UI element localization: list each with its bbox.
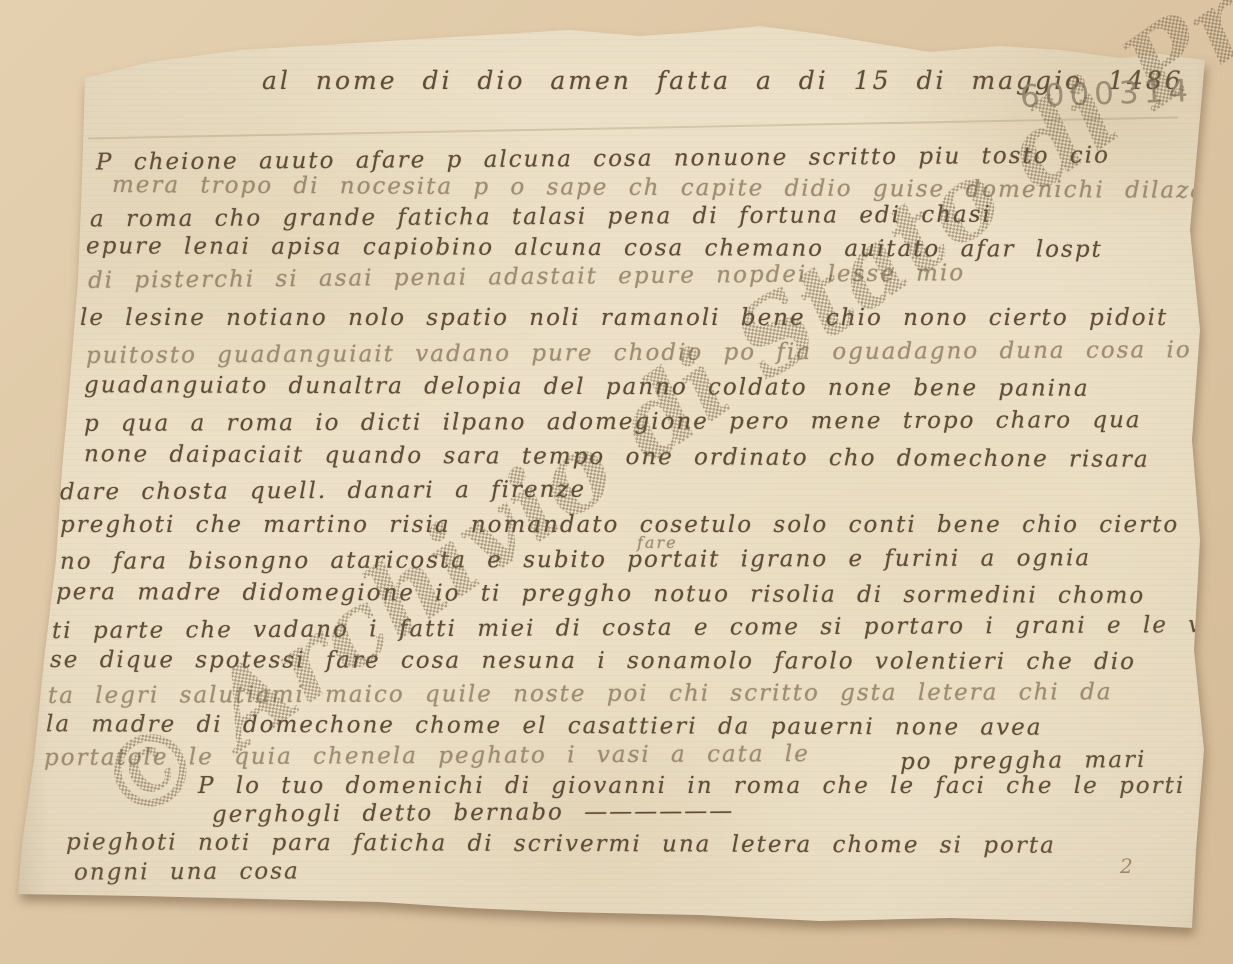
manuscript-line: none daipaciait quando sara tempo one or… — [84, 441, 1150, 473]
manuscript-line: puitosto guadanguiait vadano pure chodio… — [86, 337, 1192, 369]
manuscript-line: po preggha mari — [900, 747, 1147, 775]
fold-crease — [88, 117, 1178, 140]
manuscript-line: p qua a roma io dicti ilpano adomegione … — [84, 407, 1142, 437]
manuscript-line: epure lenai apisa capiobino alcuna cosa … — [86, 233, 1103, 263]
manuscript-line: dare chosta quell. danari a firenze — [60, 477, 586, 506]
manuscript-line: la madre di domechone chome el casattier… — [46, 711, 1043, 740]
paper-shadow: al nome di dio amen fatta a di 15 di mag… — [0, 0, 1233, 964]
manuscript-line: portatole le quia chenela peghato i vasi… — [44, 741, 810, 771]
manuscript-line: fare — [637, 533, 678, 552]
manuscript-line: le lesine notiano nolo spatio noli raman… — [80, 305, 1168, 331]
archive-number: 6000314 — [1019, 73, 1193, 115]
manuscript-line: di pisterchi si asai penai adastait epur… — [88, 260, 965, 294]
manuscript-line: P lo tuo domenichi di giovanni in roma c… — [198, 773, 1185, 799]
manuscript-line: ongni una cosa — [74, 858, 300, 885]
manuscript-line: ta legri salutiami maico quile noste poi… — [48, 679, 1113, 709]
manuscript-scan: al nome di dio amen fatta a di 15 di mag… — [0, 0, 1233, 964]
manuscript-line: se dique spotessi fare cosa nesuna i son… — [50, 647, 1136, 675]
manuscript-line: ti parte che vadano i fatti miei di cost… — [52, 612, 1233, 644]
manuscript-line: a roma cho grande faticha talasi pena di… — [90, 202, 992, 233]
letter-paper: al nome di dio amen fatta a di 15 di mag… — [0, 0, 1233, 964]
manuscript-line: P cheione auuto afare p alcuna cosa nonu… — [96, 142, 1110, 175]
manuscript-line: pera madre didomegione io ti preggho not… — [56, 579, 1145, 609]
manuscript-line: preghoti che martino risia nomandato cos… — [60, 512, 1179, 538]
manuscript-line: pieghoti noti para faticha di scrivermi … — [66, 829, 1056, 858]
page-marker: 2 — [1120, 854, 1133, 878]
manuscript-line: guadanguiato dunaltra delopia del panno … — [84, 372, 1090, 402]
manuscript-line: no fara bisongno ataricosta e subito por… — [60, 545, 1091, 575]
manuscript-line: gerghogli detto bernabo —————— — [212, 798, 734, 828]
manuscript-line: mera tropo di nocesita p o sape ch capit… — [112, 172, 1233, 204]
